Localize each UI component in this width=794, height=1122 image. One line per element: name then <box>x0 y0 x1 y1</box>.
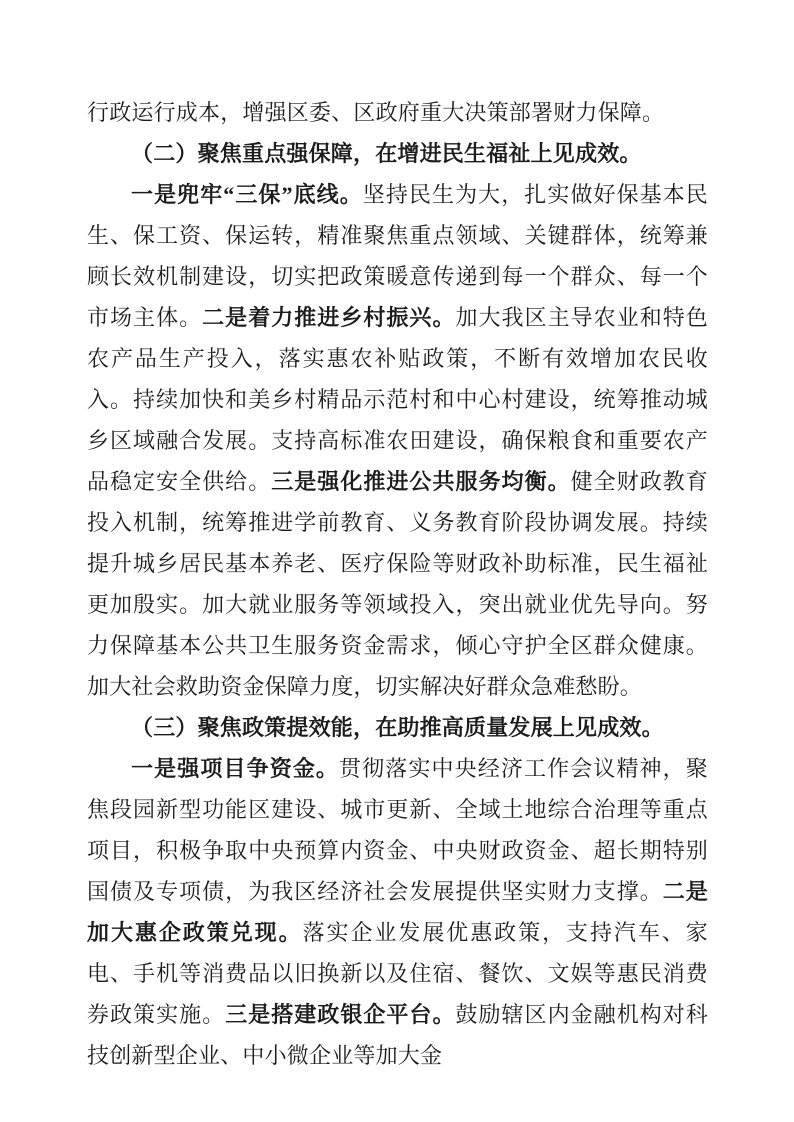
topic-sentence: 三是搭建政银企平台。 <box>225 1002 455 1027</box>
text-run: 健全财政教育投入机制，统筹推进学前教育、义务教育阶段协调发展。持续提升城乡居民基… <box>87 469 708 699</box>
paragraph-policy: 一是强项目争资金。贯彻落实中央经济工作会议精神，聚焦段园新型功能区建设、城市更新… <box>87 748 708 1076</box>
heading-text: （二）聚焦重点强保障，在增进民生福祉上见成效。 <box>131 141 642 166</box>
section-heading-2: （二）聚焦重点强保障，在增进民生福祉上见成效。 <box>87 133 708 174</box>
paragraph-livelihood: 一是兜牢“三保”底线。坚持民生为大，扎实做好保基本民生、保工资、保运转，精准聚焦… <box>87 174 708 707</box>
topic-sentence: 二是着力推进乡村振兴。 <box>202 305 455 330</box>
topic-sentence: 一是强项目争资金。 <box>131 756 339 781</box>
heading-text: （三）聚焦政策提效能，在助推高质量发展上见成效。 <box>131 715 664 740</box>
document-page: 行政运行成本，增强区委、区政府重大决策部署财力保障。 （二）聚焦重点强保障，在增… <box>0 0 794 1122</box>
topic-sentence: 一是兜牢“三保”底线。 <box>131 182 363 207</box>
paragraph-continuation: 行政运行成本，增强区委、区政府重大决策部署财力保障。 <box>87 92 708 133</box>
section-heading-3: （三）聚焦政策提效能，在助推高质量发展上见成效。 <box>87 707 708 748</box>
document-body: 行政运行成本，增强区委、区政府重大决策部署财力保障。 （二）聚焦重点强保障，在增… <box>87 92 708 1076</box>
text-run: 行政运行成本，增强区委、区政府重大决策部署财力保障。 <box>87 100 664 125</box>
text-run: 加大我区主导农业和特色农产品生产投入，落实惠农补贴政策，不断有效增加农民收入。持… <box>87 305 708 494</box>
topic-sentence: 三是强化推进公共服务均衡。 <box>271 469 570 494</box>
